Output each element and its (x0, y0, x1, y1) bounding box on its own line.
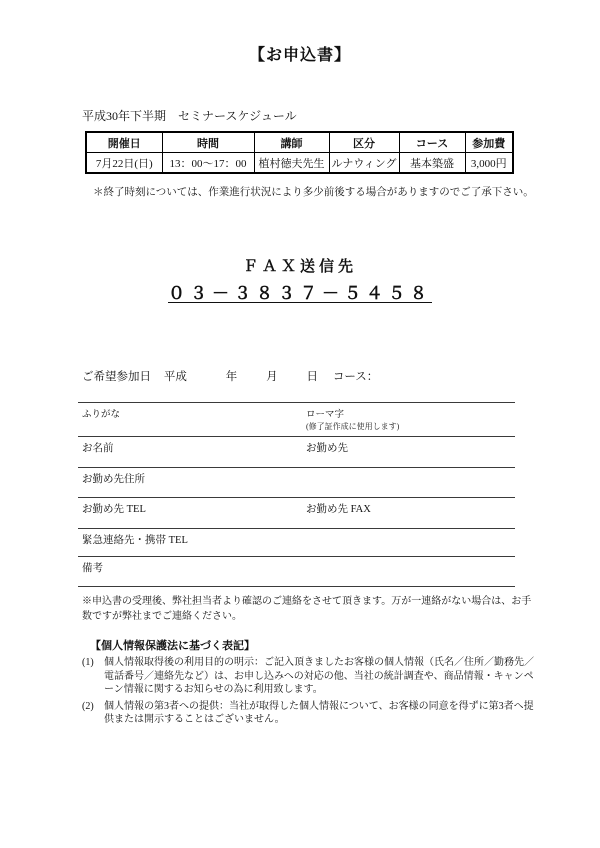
privacy-item: (1) 個人情報取得後の利用目的の明示：ご記入頂きましたお客様の個人情報（氏名／… (82, 656, 540, 697)
privacy-item-text: 個人情報の第3者への提供：当社が取得した個人情報について、お客様の同意を得ずに第… (104, 700, 540, 727)
cell-lecturer: 植村徳夫先生 (254, 153, 329, 174)
cell-fee: 3,000円 (465, 153, 513, 174)
form-row-furigana: ふりがな ローマ字 (修了証作成に使用します) (78, 402, 515, 436)
schedule-heading: 平成30年下半期 セミナースケジュール (82, 107, 600, 124)
form-note: ※申込書の受理後、弊社担当者より確認のご連絡をさせて頂きます。万が一連絡がない場… (82, 594, 538, 624)
romaji-group: ローマ字 (修了証作成に使用します) (306, 406, 399, 432)
work-fax-label: お勤め先 FAX (306, 501, 371, 516)
desired-date-label: ご希望参加日 (82, 368, 151, 384)
form-row-emergency-tel: 緊急連絡先・携帯 TEL (78, 528, 515, 556)
header-cell-date: 開催日 (86, 132, 162, 153)
cell-time: 13：00～17：00 (162, 153, 254, 174)
fax-number: ０３－３８３７－５４５８ (0, 279, 600, 304)
month-label: 月 (266, 368, 278, 384)
page-title: 【お申込書】 (0, 0, 600, 65)
schedule-note: ＊終了時刻については、作業進行状況により多少前後する場合がありますのでご了承下さ… (93, 184, 600, 199)
year-label: 年 (226, 368, 238, 384)
form-fields: ふりがな ローマ字 (修了証作成に使用します) お名前 お勤め先 お勤め先住所 … (78, 402, 515, 587)
privacy-heading: 【個人情報保護法に基づく表記】 (90, 637, 540, 653)
name-label: お名前 (82, 440, 114, 455)
header-cell-category: 区分 (329, 132, 399, 153)
furigana-label: ふりがな (82, 406, 120, 420)
privacy-item-number: (2) (82, 700, 104, 727)
privacy-section: 【個人情報保護法に基づく表記】 (1) 個人情報取得後の利用目的の明示：ご記入頂… (82, 637, 540, 727)
form-row-name: お名前 お勤め先 (78, 436, 515, 467)
fax-label: ＦＡＸ送信先 (0, 255, 600, 276)
privacy-item-number: (1) (82, 656, 104, 697)
fax-section: ＦＡＸ送信先 ０３－３８３７－５４５８ (0, 255, 600, 304)
cell-category: ルナウィング (329, 153, 399, 174)
day-label: 日 (307, 368, 319, 384)
seminar-schedule-table: 開催日 時間 講師 区分 コース 参加費 7月22日(日) 13：00～17：0… (85, 131, 514, 174)
header-cell-lecturer: 講師 (254, 132, 329, 153)
work-tel-label: お勤め先 TEL (82, 501, 146, 516)
header-cell-course: コース (399, 132, 465, 153)
emergency-tel-label: 緊急連絡先・携帯 TEL (82, 532, 188, 547)
era-label: 平成 (164, 368, 187, 384)
workplace-label: お勤め先 (306, 440, 348, 455)
header-cell-fee: 参加費 (465, 132, 513, 153)
form-row-remarks: 備考 (78, 556, 515, 587)
cell-course: 基本築盛 (399, 153, 465, 174)
form-row-work-address: お勤め先住所 (78, 467, 515, 497)
document-page: 【お申込書】 平成30年下半期 セミナースケジュール 開催日 時間 講師 区分 … (0, 0, 600, 848)
cell-date: 7月22日(日) (86, 153, 162, 174)
table-data-row: 7月22日(日) 13：00～17：00 植村徳夫先生 ルナウィング 基本築盛 … (86, 153, 513, 174)
form-row-tel-fax: お勤め先 TEL お勤め先 FAX (78, 497, 515, 528)
course-label: コース： (333, 368, 378, 384)
remarks-label: 備考 (82, 560, 103, 575)
romaji-label: ローマ字 (306, 406, 399, 420)
desired-date-line: ご希望参加日 平成 年 月 日 コース： (82, 368, 600, 384)
table-header-row: 開催日 時間 講師 区分 コース 参加費 (86, 132, 513, 153)
privacy-item: (2) 個人情報の第3者への提供：当社が取得した個人情報について、お客様の同意を… (82, 700, 540, 727)
privacy-item-text: 個人情報取得後の利用目的の明示：ご記入頂きましたお客様の個人情報（氏名／住所／勤… (104, 656, 540, 697)
romaji-note: (修了証作成に使用します) (306, 421, 399, 432)
header-cell-time: 時間 (162, 132, 254, 153)
work-address-label: お勤め先住所 (82, 471, 145, 486)
